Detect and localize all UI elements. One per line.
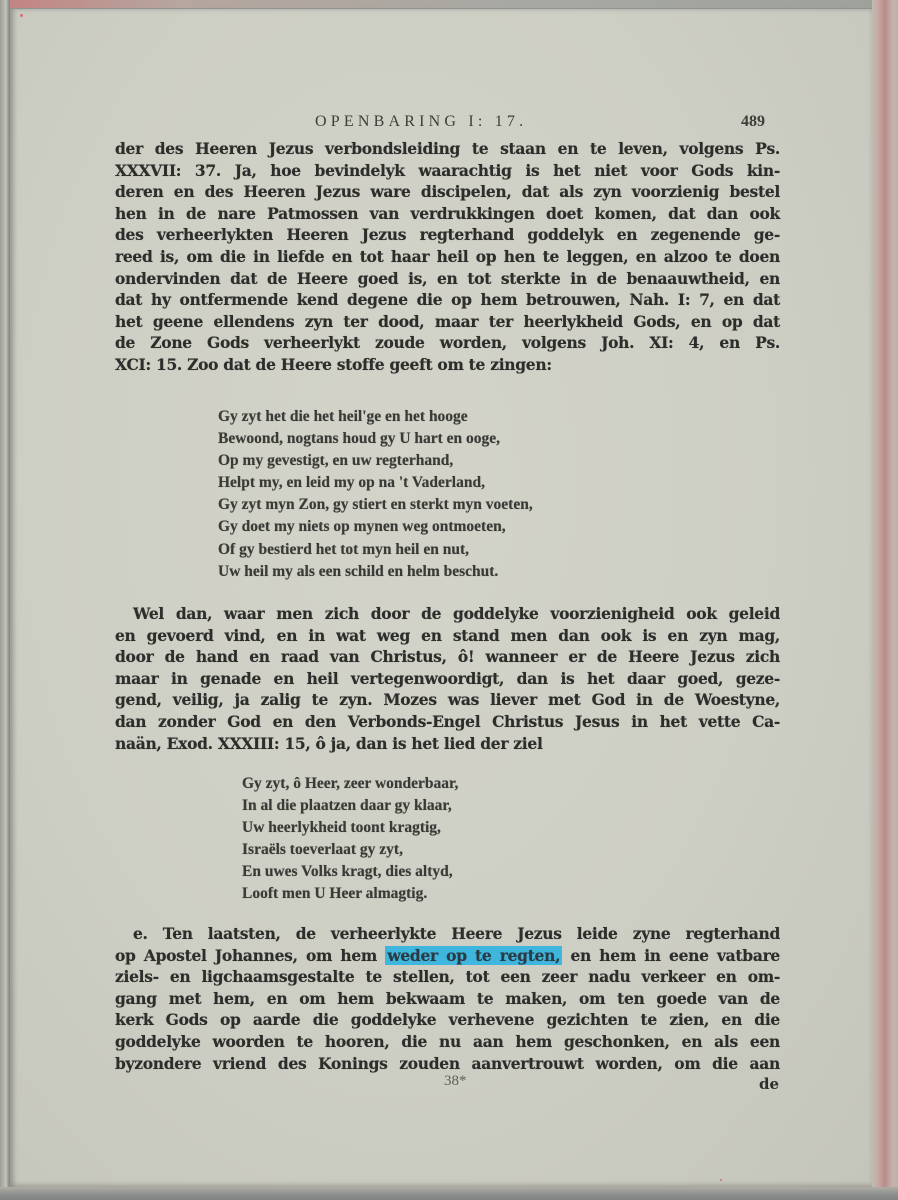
paper-speck xyxy=(20,14,23,17)
text-line: en gevoerd vind, en in wat weg en stand … xyxy=(115,625,780,647)
text-line: ziels- en ligchaamsgestalte te stellen, … xyxy=(115,966,780,988)
running-title: OPENBARING I: 17. xyxy=(315,113,527,131)
verse-line: Of gy bestierd het tot myn heil en nut, xyxy=(218,539,533,561)
page-gutter-edge xyxy=(0,0,10,1200)
text-line: de Zone Gods verheerlykt zoude worden, v… xyxy=(115,332,780,354)
verse-line: Looft men U Heer almagtig. xyxy=(242,883,458,905)
verse-1: Gy zyt het die het heil'ge en het hooge … xyxy=(218,406,533,583)
verse-line: Gy zyt, ô Heer, zeer wonderbaar, xyxy=(242,773,458,795)
text-line: dan zonder God en den Verbonds-Engel Chr… xyxy=(115,711,780,733)
verse-line: En uwes Volks kragt, dies altyd, xyxy=(242,861,458,883)
verse-line: Op my gevestigt, en uw regterhand, xyxy=(218,450,533,472)
text-line: deren en des Heeren Jezus ware discipele… xyxy=(115,181,780,203)
text-line: Wel dan, waar men zich door de goddelyke… xyxy=(115,603,780,625)
text-line: goddelyke woorden te hooren, die nu aan … xyxy=(115,1031,780,1053)
text-line: der des Heeren Jezus verbondsleiding te … xyxy=(115,138,780,160)
text-line: ondervinden dat de Heere goed is, en tot… xyxy=(115,268,780,290)
text-line: XCI: 15. Zoo dat de Heere stoffe geeft o… xyxy=(115,354,780,376)
paragraph-1: der des Heeren Jezus verbondsleiding te … xyxy=(115,138,780,376)
book-photo: OPENBARING I: 17. 489 der des Heeren Jez… xyxy=(0,0,898,1200)
text-line: dat hy ontfermende kend degene die op he… xyxy=(115,289,780,311)
text-segment: op Apostel Johannes, om hem xyxy=(115,946,385,965)
text-line: XXXVII: 37. Ja, hoe bevindelyk waarachti… xyxy=(115,160,780,182)
text-line: e. Ten laatsten, de verheerlykte Heere J… xyxy=(115,923,780,945)
text-line: door de hand en raad van Christus, ô! wa… xyxy=(115,646,780,668)
page-number: 489 xyxy=(741,113,765,131)
verse-line: Israëls toeverlaat gy zyt, xyxy=(242,839,458,861)
verse-line: Gy doet my niets op mynen weg ontmoeten, xyxy=(218,516,533,538)
verse-line: Bewoond, nogtans houd gy U hart en ooge, xyxy=(218,428,533,450)
text-line: kerk Gods op aarde die goddelyke verheve… xyxy=(115,1009,780,1031)
text-line: naän, Exod. XXXIII: 15, ô ja, dan is het… xyxy=(115,733,780,755)
verse-line: In al die plaatzen daar gy klaar, xyxy=(242,795,458,817)
text-segment: en hem in eene vatbare xyxy=(562,946,780,965)
verse-line: Gy zyt het die het heil'ge en het hooge xyxy=(218,406,533,428)
verse-line: Helpt my, en leid my op na 't Vaderland, xyxy=(218,472,533,494)
book-top-edge xyxy=(0,0,898,8)
highlighted-text[interactable]: weder op te regten, xyxy=(385,946,562,965)
verse-line: Uw heil my als een schild en helm beschu… xyxy=(218,561,533,583)
signature-mark: 38* xyxy=(444,1073,467,1090)
text-line: byzondere vriend des Konings zouden aanv… xyxy=(115,1053,780,1075)
verse-line: Gy zyt myn Zon, gy stiert en sterkt myn … xyxy=(218,494,533,516)
text-line: hen in de nare Patmossen van verdrukking… xyxy=(115,203,780,225)
catchword: de xyxy=(759,1075,779,1093)
text-line: maar in genade en heil vertegenwoordigt,… xyxy=(115,668,780,690)
verse-line: Uw heerlykheid toont kragtig, xyxy=(242,817,458,839)
book-bottom-edge xyxy=(0,1187,898,1200)
text-line: gang met hem, en om hem bekwaam te maken… xyxy=(115,988,780,1010)
text-line: reed is, om die in liefde en tot haar he… xyxy=(115,246,780,268)
paragraph-2: Wel dan, waar men zich door de goddelyke… xyxy=(115,603,780,754)
paper-speck xyxy=(720,1179,722,1181)
text-line: gend, veilig, ja zalig te zyn. Mozes was… xyxy=(115,689,780,711)
book-page: OPENBARING I: 17. 489 der des Heeren Jez… xyxy=(10,9,872,1187)
running-head: OPENBARING I: 17. 489 xyxy=(10,113,872,137)
verse-2: Gy zyt, ô Heer, zeer wonderbaar, In al d… xyxy=(242,773,458,906)
text-line: het geene ellendens zyn ter dood, maar t… xyxy=(115,311,780,333)
text-line-with-highlight: op Apostel Johannes, om hem weder op te … xyxy=(115,945,780,967)
paragraph-3: e. Ten laatsten, de verheerlykte Heere J… xyxy=(115,923,780,1074)
text-line: des verheerlykten Heeren Jezus regterhan… xyxy=(115,224,780,246)
book-fore-edge xyxy=(872,0,898,1200)
